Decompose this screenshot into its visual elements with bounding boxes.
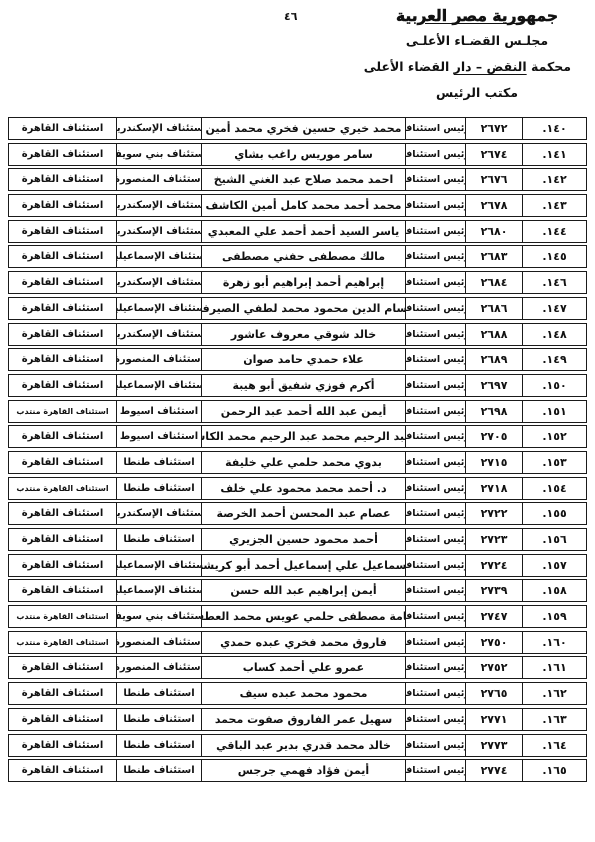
current-court-cell: استئناف الإسماعيلية — [116, 580, 201, 601]
serial-number-cell: ١٤٦. — [522, 272, 586, 293]
transfer-court-cell: استئناف القاهرة — [9, 555, 116, 576]
current-court-cell: استئناف الإسكندرية — [116, 221, 201, 242]
seniority-number-cell: ٢٦٨٩ — [465, 349, 522, 370]
table-row: ١٤٨. ٢٦٨٨ رئيس استئناف خالد شوقي معروف ع… — [8, 323, 587, 346]
transfer-court-cell: استئناف القاهرة — [9, 657, 116, 678]
judge-name-cell: خالد محمد قدري بدير عبد الباقي — [201, 735, 405, 756]
seniority-number-cell: ٢٧٧١ — [465, 709, 522, 730]
table-row: ١٦٠. ٢٧٥٠ رئيس استئناف فاروق محمد فخري ع… — [8, 631, 587, 654]
transfer-court-cell: استئناف القاهرة — [9, 118, 116, 139]
job-title-cell: رئيس استئناف — [405, 195, 465, 216]
transfer-court-cell: استئناف القاهرة — [9, 349, 116, 370]
judge-name-cell: د. عبد الرحيم محمد عبد الرحيم محمد الكاش… — [201, 426, 405, 447]
job-title-cell: رئيس استئناف — [405, 503, 465, 524]
transfer-court-cell: استئناف القاهرة — [9, 760, 116, 781]
current-court-cell: استئناف طنطا — [116, 478, 201, 499]
court-title-underlined: النقض – دار — [454, 59, 527, 74]
serial-number-cell: ١٤٣. — [522, 195, 586, 216]
current-court-cell: استئناف المنصورة — [116, 169, 201, 190]
court-of-cassation-title: محكمة النقض – دار القضاء الأعلى — [383, 59, 571, 74]
current-court-cell: استئناف الإسكندرية — [116, 118, 201, 139]
table-row: ١٦٢. ٢٧٦٥ رئيس استئناف محمود محمد عبده س… — [8, 682, 587, 705]
job-title-cell: رئيس استئناف — [405, 221, 465, 242]
transfer-court-cell: استئناف القاهرة — [9, 144, 116, 165]
serial-number-cell: ١٥٣. — [522, 452, 586, 473]
table-row: ١٤٥. ٢٦٨٣ رئيس استئناف مالك مصطفى حفني م… — [8, 245, 587, 268]
president-office-title: مكتب الرئيس — [383, 85, 571, 100]
serial-number-cell: ١٥٩. — [522, 606, 586, 627]
judge-name-cell: بدوي محمد حلمي علي خليفة — [201, 452, 405, 473]
transfer-court-cell: استئناف القاهرة — [9, 375, 116, 396]
judge-name-cell: أحمد محمود حسين الجزيري — [201, 529, 405, 550]
serial-number-cell: ١٤٨. — [522, 324, 586, 345]
judge-name-cell: أيمن فؤاد فهمي جرجس — [201, 760, 405, 781]
seniority-number-cell: ٢٦٨٤ — [465, 272, 522, 293]
seniority-number-cell: ٢٧٥٢ — [465, 657, 522, 678]
table-row: ١٤٤. ٢٦٨٠ رئيس استئناف ياسر السيد أحمد أ… — [8, 220, 587, 243]
table-row: ١٤٠. ٢٦٧٢ رئيس استئناف محمد خيري حسين فخ… — [8, 117, 587, 140]
job-title-cell: رئيس استئناف — [405, 375, 465, 396]
seniority-number-cell: ٢٦٩٧ — [465, 375, 522, 396]
seniority-number-cell: ٢٧٢٢ — [465, 503, 522, 524]
seniority-number-cell: ٢٦٧٢ — [465, 118, 522, 139]
job-title-cell: رئيس استئناف — [405, 298, 465, 319]
serial-number-cell: ١٥٥. — [522, 503, 586, 524]
judge-name-cell: إبراهيم أحمد إبراهيم أبو زهرة — [201, 272, 405, 293]
table-row: ١٦٤. ٢٧٧٣ رئيس استئناف خالد محمد قدري بد… — [8, 734, 587, 757]
transfer-court-cell: استئناف القاهرة — [9, 735, 116, 756]
judge-name-cell: عمرو علي أحمد كساب — [201, 657, 405, 678]
serial-number-cell: ١٤١. — [522, 144, 586, 165]
judge-name-cell: حسام الدين محمود محمد لطفي الصيرفي — [201, 298, 405, 319]
current-court-cell: استئناف طنطا — [116, 760, 201, 781]
document-page: ٤٦ جمهورية مصر العربية مجلـس القضـاء الأ… — [0, 0, 595, 842]
judge-name-cell: سامر موريس راغب بشاي — [201, 144, 405, 165]
job-title-cell: رئيس استئناف — [405, 452, 465, 473]
table-row: ١٥٤. ٢٧١٨ رئيس استئناف د. أحمد محمد محمو… — [8, 477, 587, 500]
judge-name-cell: أيمن إبراهيم عبد الله حسن — [201, 580, 405, 601]
transfer-court-cell: استئناف القاهرة — [9, 683, 116, 704]
judge-name-cell: أيمن عبد الله أحمد عبد الرحمن — [201, 401, 405, 422]
serial-number-cell: ١٥٠. — [522, 375, 586, 396]
current-court-cell: استئناف بني سويف — [116, 606, 201, 627]
current-court-cell: استئناف بني سويف — [116, 144, 201, 165]
seniority-number-cell: ٢٧٦٥ — [465, 683, 522, 704]
table-row: ١٥٢. ٢٧٠٥ رئيس استئناف د. عبد الرحيم محم… — [8, 425, 587, 448]
judge-name-cell: مالك مصطفى حفني مصطفى — [201, 246, 405, 267]
serial-number-cell: ١٤٥. — [522, 246, 586, 267]
table-row: ١٤١. ٢٦٧٤ رئيس استئناف سامر موريس راغب ب… — [8, 143, 587, 166]
current-court-cell: استئناف الإسكندرية — [116, 324, 201, 345]
job-title-cell: رئيس استئناف — [405, 118, 465, 139]
transfer-court-cell: استئناف القاهرة — [9, 169, 116, 190]
job-title-cell: رئيس استئناف — [405, 272, 465, 293]
current-court-cell: استئناف الإسماعيلية — [116, 298, 201, 319]
serial-number-cell: ١٦١. — [522, 657, 586, 678]
serial-number-cell: ١٥٨. — [522, 580, 586, 601]
serial-number-cell: ١٥٦. — [522, 529, 586, 550]
transfer-court-cell: استئناف القاهرة — [9, 452, 116, 473]
table-row: ١٥٣. ٢٧١٥ رئيس استئناف بدوي محمد حلمي عل… — [8, 451, 587, 474]
table-row: ١٥٨. ٢٧٣٩ رئيس استئناف أيمن إبراهيم عبد … — [8, 579, 587, 602]
judge-name-cell: سهيل عمر الفاروق صفوت محمد — [201, 709, 405, 730]
judge-name-cell: عصام عبد المحسن أحمد الخرصة — [201, 503, 405, 524]
current-court-cell: استئناف الإسكندرية — [116, 195, 201, 216]
job-title-cell: رئيس استئناف — [405, 735, 465, 756]
table-row: ١٥٧. ٢٧٢٤ رئيس استئناف إسماعيل علي إسماع… — [8, 554, 587, 577]
judge-name-cell: محمود محمد عبده سيف — [201, 683, 405, 704]
seniority-number-cell: ٢٦٧٨ — [465, 195, 522, 216]
seniority-number-cell: ٢٧١٨ — [465, 478, 522, 499]
table-row: ١٦١. ٢٧٥٢ رئيس استئناف عمرو علي أحمد كسا… — [8, 656, 587, 679]
job-title-cell: رئيس استئناف — [405, 324, 465, 345]
court-title-prefix: محكمة — [527, 59, 571, 74]
job-title-cell: رئيس استئناف — [405, 657, 465, 678]
transfer-court-cell: استئناف القاهرة منتدب — [9, 606, 116, 627]
table-row: ١٤٦. ٢٦٨٤ رئيس استئناف إبراهيم أحمد إبرا… — [8, 271, 587, 294]
transfer-court-cell: استئناف القاهرة — [9, 426, 116, 447]
judge-name-cell: محمد خيري حسين فخري محمد أمين — [201, 118, 405, 139]
job-title-cell: رئيس استئناف — [405, 683, 465, 704]
document-header: جمهورية مصر العربية مجلـس القضـاء الأعلـ… — [383, 6, 571, 111]
job-title-cell: رئيس استئناف — [405, 246, 465, 267]
seniority-number-cell: ٢٦٨٣ — [465, 246, 522, 267]
job-title-cell: رئيس استئناف — [405, 632, 465, 653]
table-row: ١٥٦. ٢٧٢٣ رئيس استئناف أحمد محمود حسين ا… — [8, 528, 587, 551]
table-row: ١٤٢. ٢٦٧٦ رئيس استئناف احمد محمد صلاح عب… — [8, 168, 587, 191]
judge-name-cell: ياسر السيد أحمد أحمد علي المعبدي — [201, 221, 405, 242]
transfer-court-cell: استئناف القاهرة — [9, 503, 116, 524]
judges-transfer-table: ١٤٠. ٢٦٧٢ رئيس استئناف محمد خيري حسين فخ… — [8, 117, 587, 785]
seniority-number-cell: ٢٦٩٨ — [465, 401, 522, 422]
table-row: ١٥١. ٢٦٩٨ رئيس استئناف أيمن عبد الله أحم… — [8, 400, 587, 423]
seniority-number-cell: ٢٦٧٤ — [465, 144, 522, 165]
current-court-cell: استئناف اسيوط — [116, 401, 201, 422]
judge-name-cell: فاروق محمد فخري عبده حمدي — [201, 632, 405, 653]
transfer-court-cell: استئناف القاهرة منتدب — [9, 632, 116, 653]
seniority-number-cell: ٢٦٨٨ — [465, 324, 522, 345]
job-title-cell: رئيس استئناف — [405, 478, 465, 499]
job-title-cell: رئيس استئناف — [405, 426, 465, 447]
job-title-cell: رئيس استئناف — [405, 349, 465, 370]
serial-number-cell: ١٤٢. — [522, 169, 586, 190]
current-court-cell: استئناف اسيوط — [116, 426, 201, 447]
table-row: ١٤٧. ٢٦٨٦ رئيس استئناف حسام الدين محمود … — [8, 297, 587, 320]
job-title-cell: رئيس استئناف — [405, 580, 465, 601]
job-title-cell: رئيس استئناف — [405, 169, 465, 190]
transfer-court-cell: استئناف القاهرة — [9, 195, 116, 216]
seniority-number-cell: ٢٦٧٦ — [465, 169, 522, 190]
judge-name-cell: أسامة مصطفى حلمي عويس محمد العطفي — [201, 606, 405, 627]
serial-number-cell: ١٦٢. — [522, 683, 586, 704]
current-court-cell: استئناف طنطا — [116, 735, 201, 756]
seniority-number-cell: ٢٧١٥ — [465, 452, 522, 473]
seniority-number-cell: ٢٧٧٤ — [465, 760, 522, 781]
transfer-court-cell: استئناف القاهرة — [9, 324, 116, 345]
transfer-court-cell: استئناف القاهرة — [9, 580, 116, 601]
seniority-number-cell: ٢٦٨٠ — [465, 221, 522, 242]
job-title-cell: رئيس استئناف — [405, 401, 465, 422]
seniority-number-cell: ٢٧٣٩ — [465, 580, 522, 601]
judge-name-cell: إسماعيل علي إسماعيل أحمد أبو كريشة — [201, 555, 405, 576]
table-row: ١٦٥. ٢٧٧٤ رئيس استئناف أيمن فؤاد فهمي جر… — [8, 759, 587, 782]
job-title-cell: رئيس استئناف — [405, 144, 465, 165]
serial-number-cell: ١٦٣. — [522, 709, 586, 730]
judge-name-cell: محمد أحمد محمد كامل أمين الكاشف — [201, 195, 405, 216]
judge-name-cell: د. أحمد محمد محمود علي خلف — [201, 478, 405, 499]
current-court-cell: استئناف الإسماعيلية — [116, 375, 201, 396]
table-row: ١٤٣. ٢٦٧٨ رئيس استئناف محمد أحمد محمد كا… — [8, 194, 587, 217]
court-title-suffix: القضاء الأعلى — [364, 59, 454, 74]
current-court-cell: استئناف المنصورة — [116, 632, 201, 653]
job-title-cell: رئيس استئناف — [405, 760, 465, 781]
serial-number-cell: ١٤٠. — [522, 118, 586, 139]
transfer-court-cell: استئناف القاهرة — [9, 272, 116, 293]
current-court-cell: استئناف طنطا — [116, 683, 201, 704]
transfer-court-cell: استئناف القاهرة — [9, 298, 116, 319]
seniority-number-cell: ٢٧٢٤ — [465, 555, 522, 576]
page-number: ٤٦ — [284, 10, 297, 23]
judge-name-cell: أكرم فوزي شفيق أبو هيبة — [201, 375, 405, 396]
job-title-cell: رئيس استئناف — [405, 709, 465, 730]
judge-name-cell: علاء حمدي حامد صوان — [201, 349, 405, 370]
serial-number-cell: ١٥١. — [522, 401, 586, 422]
table-row: ١٥٥. ٢٧٢٢ رئيس استئناف عصام عبد المحسن أ… — [8, 502, 587, 525]
seniority-number-cell: ٢٧٥٠ — [465, 632, 522, 653]
transfer-court-cell: استئناف القاهرة — [9, 709, 116, 730]
seniority-number-cell: ٢٧٠٥ — [465, 426, 522, 447]
current-court-cell: استئناف طنطا — [116, 529, 201, 550]
serial-number-cell: ١٤٩. — [522, 349, 586, 370]
serial-number-cell: ١٥٢. — [522, 426, 586, 447]
job-title-cell: رئيس استئناف — [405, 555, 465, 576]
current-court-cell: استئناف طنطا — [116, 709, 201, 730]
supreme-judicial-council-title: مجلـس القضـاء الأعلـى — [383, 33, 571, 48]
current-court-cell: استئناف المنصورة — [116, 349, 201, 370]
table-row: ١٥٩. ٢٧٤٧ رئيس استئناف أسامة مصطفى حلمي … — [8, 605, 587, 628]
serial-number-cell: ١٦٠. — [522, 632, 586, 653]
seniority-number-cell: ٢٧٢٣ — [465, 529, 522, 550]
job-title-cell: رئيس استئناف — [405, 529, 465, 550]
republic-of-egypt-logo: جمهورية مصر العربية — [396, 7, 558, 25]
job-title-cell: رئيس استئناف — [405, 606, 465, 627]
current-court-cell: استئناف الإسماعيلية — [116, 246, 201, 267]
table-row: ١٥٠. ٢٦٩٧ رئيس استئناف أكرم فوزي شفيق أب… — [8, 374, 587, 397]
judge-name-cell: خالد شوقي معروف عاشور — [201, 324, 405, 345]
serial-number-cell: ١٤٧. — [522, 298, 586, 319]
serial-number-cell: ١٥٤. — [522, 478, 586, 499]
transfer-court-cell: استئناف القاهرة — [9, 221, 116, 242]
serial-number-cell: ١٥٧. — [522, 555, 586, 576]
transfer-court-cell: استئناف القاهرة — [9, 246, 116, 267]
table-row: ١٤٩. ٢٦٨٩ رئيس استئناف علاء حمدي حامد صو… — [8, 348, 587, 371]
transfer-court-cell: استئناف القاهرة منتدب — [9, 401, 116, 422]
current-court-cell: استئناف الإسكندرية — [116, 272, 201, 293]
current-court-cell: استئناف الإسكندرية — [116, 503, 201, 524]
transfer-court-cell: استئناف القاهرة منتدب — [9, 478, 116, 499]
seniority-number-cell: ٢٧٤٧ — [465, 606, 522, 627]
serial-number-cell: ١٦٤. — [522, 735, 586, 756]
current-court-cell: استئناف طنطا — [116, 452, 201, 473]
seniority-number-cell: ٢٦٨٦ — [465, 298, 522, 319]
serial-number-cell: ١٤٤. — [522, 221, 586, 242]
current-court-cell: استئناف الإسماعيلية — [116, 555, 201, 576]
current-court-cell: استئناف المنصورة — [116, 657, 201, 678]
judge-name-cell: احمد محمد صلاح عبد الغني الشيخ — [201, 169, 405, 190]
transfer-court-cell: استئناف القاهرة — [9, 529, 116, 550]
seniority-number-cell: ٢٧٧٣ — [465, 735, 522, 756]
serial-number-cell: ١٦٥. — [522, 760, 586, 781]
table-row: ١٦٣. ٢٧٧١ رئيس استئناف سهيل عمر الفاروق … — [8, 708, 587, 731]
